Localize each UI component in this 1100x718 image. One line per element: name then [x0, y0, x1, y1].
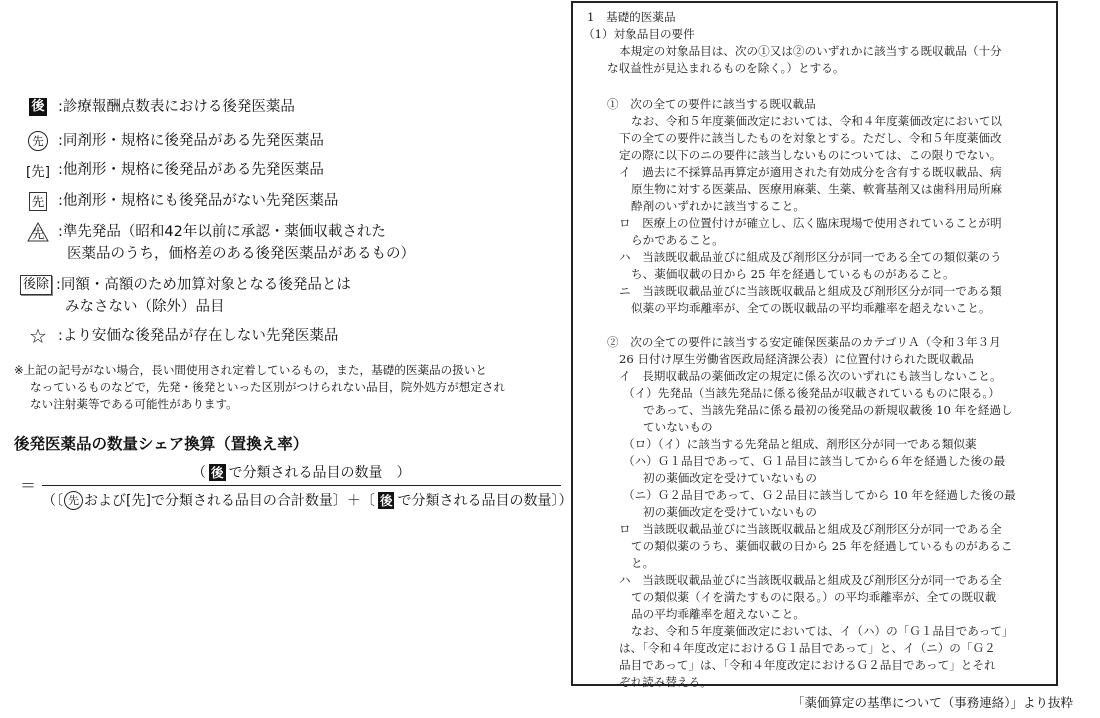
document-line: ② 次の全ての要件に該当する安定確保医薬品のカテゴリＡ（令和３年３月 — [607, 334, 1001, 351]
document-line: （ハ）Ｇ１品目であって、Ｇ１品目に該当してから６年を経過した後の最 — [623, 453, 1005, 470]
document-line: 下の全ての要件に該当したものを対象とする。ただし、令和５年度薬価改 — [619, 130, 1002, 147]
legend-item-quasi-brand: 先 :準先発品（昭和42年以前に承認・薬価収載された 医薬品のうち，価格差のある… — [18, 221, 415, 265]
document-line: （1）対象品目の要件 — [583, 26, 695, 43]
document-line: なお、令和５年度薬価改定においては、令和４年度薬価改定において以 — [631, 113, 1002, 130]
document-line: ① 次の全ての要件に該当する既収載品 — [607, 96, 816, 113]
document-line: と。 — [631, 555, 654, 572]
document-line: ち、薬価収載の日から 25 年を経過しているものがあること。 — [631, 266, 955, 283]
document-line: ニ 当該既収載品並びに当該既収載品と組成及び剤形区分が同一である類 — [619, 283, 1002, 300]
regulation-excerpt-box: 1 基礎的医薬品（1）対象品目の要件本規定の対象品目は、次の①又は②のいずれかに… — [571, 1, 1058, 686]
legend-item-generic: 後 :診療報酬点数表における後発医薬品 — [18, 96, 295, 118]
formula-denominator: （〔 先 および[先]で分類される品目の合計数量〕＋〔 後 で分類される品目の数… — [42, 490, 572, 510]
excluded-generic-box-icon: 後除 — [20, 275, 52, 295]
legend-text: :同額・高額のため加算対象となる後発品とは — [56, 274, 351, 296]
share-formula: ＝ （ 後 で分類される品目の数量 ） （〔 先 および[先]で分類される品目の… — [20, 459, 565, 511]
brand-circle-icon: 先 — [28, 131, 48, 151]
legend-text-continued: みなさない（除外）品目 — [56, 296, 351, 318]
legend-text: :より安価な後発品が存在しない先発医薬品 — [58, 325, 338, 347]
document-line: （ロ）（イ）に該当する先発品と組成、剤形区分が同一である類似薬 — [623, 436, 977, 453]
formula-numerator: （ 後 で分類される品目の数量 ） — [192, 462, 411, 482]
quasi-brand-triangle-icon: 先 — [27, 222, 49, 242]
star-icon: ☆ — [29, 326, 47, 346]
document-line: 酔剤のいずれかに該当すること。 — [631, 198, 805, 215]
document-line: は、「令和４年度改定におけるＧ１品目であって」と、イ（ニ）の「Ｇ２ — [619, 640, 996, 657]
document-line: （イ）先発品（当該先発品に係る後発品が収載されているものに限る。） — [623, 385, 1000, 402]
legend-text: :診療報酬点数表における後発医薬品 — [58, 96, 295, 118]
document-line: イ 過去に不採算品再算定が適用された有効成分を含有する既収載品、病 — [619, 164, 1002, 181]
document-line: なお、令和５年度薬価改定においては、イ（ハ）の「Ｇ１品目であって」 — [631, 623, 1013, 640]
document-line: ての類似薬のうち、薬価収載の日から 25 年を経過しているものがあるこ — [631, 538, 1013, 555]
document-line: 原生物に対する医薬品、医療用麻薬、生薬、軟膏基剤又は歯科用局所麻 — [631, 181, 1002, 198]
legend-text: :同剤形・規格に後発品がある先発医薬品 — [58, 130, 324, 152]
brand-box-icon: 先 — [29, 192, 48, 211]
source-caption: 「薬価算定の基準について（事務連絡）」より抜粋 — [792, 693, 1073, 711]
document-line: 似薬の平均乖離率が、全ての既収載品の平均乖離率を超えないこと。 — [631, 300, 990, 317]
legend-item-brand-no-generic: 先 :他剤形・規格にも後発品がない先発医薬品 — [18, 190, 338, 212]
legend-note: ※上記の記号がない場合，長い間使用され定着しているもの，また，基礎的医薬品の扱い… — [14, 362, 559, 413]
document-line: イ 長期収載品の薬価改定の規定に係る次のいずれにも該当しないこと。 — [619, 368, 1002, 385]
legend-text: :他剤形・規格にも後発品がない先発医薬品 — [58, 190, 338, 212]
legend-text-continued: 医薬品のうち，価格差のある後発医薬品があるもの） — [58, 243, 415, 265]
document-line: 本規定の対象品目は、次の①又は②のいずれかに該当する既収載品（十分 — [619, 43, 1002, 60]
document-line: 初の薬価改定を受けていないもの — [643, 470, 817, 487]
generic-drug-black-icon: 後 — [29, 98, 46, 116]
document-line: ロ 当該既収載品並びに当該既収載品と組成及び剤形区分が同一である全 — [619, 521, 1002, 538]
legend-text: :他剤形・規格に後発品がある先発医薬品 — [58, 159, 324, 181]
document-line: 品目であって」は、「令和４年度改定におけるＧ２品目であって」とそれ — [619, 657, 996, 674]
legend-item-star: ☆ :より安価な後発品が存在しない先発医薬品 — [18, 325, 338, 347]
document-line: な収益性が見込まれるものを除く。）とする。 — [607, 60, 844, 77]
document-line: ての類似薬（イを満たすものに限る。）の平均乖離率が、全ての既収載 — [631, 589, 996, 606]
document-line: 初の薬価改定を受けていないもの — [643, 504, 817, 521]
generic-drug-black-icon: 後 — [378, 492, 395, 509]
document-line: 定の際に以下のニの要件に該当しないものについては、この限りでない。 — [619, 147, 1001, 164]
formula-title: 後発医薬品の数量シェア換算（置換え率） — [14, 432, 308, 454]
brand-circle-icon: 先 — [64, 491, 83, 510]
equals-sign: ＝ — [20, 473, 36, 496]
document-line: ロ 医療上の位置付けが確立し、広く臨床現場で使用されていることが明 — [619, 215, 1002, 232]
document-line: ハ 当該既収載品並びに当該既収載品と組成及び剤形区分が同一である全 — [619, 572, 1002, 589]
legend-item-brand-other-form: [先] :他剤形・規格に後発品がある先発医薬品 — [18, 159, 324, 181]
legend-item-brand-same-form: 先 :同剤形・規格に後発品がある先発医薬品 — [18, 130, 324, 152]
brand-bracket-icon: [先] — [26, 160, 50, 180]
document-line: ていないもの — [643, 419, 713, 436]
document-line: （ニ）Ｇ２品目であって、Ｇ２品目に該当してから 10 年を経過した後の最 — [623, 487, 1016, 504]
document-line: であって、当該先発品に係る最初の後発品の新規収載後 10 年を経過し — [643, 402, 1013, 419]
document-line: 26 日付け厚生労働省医政局経済課公表）に位置付けられた既収載品 — [619, 351, 974, 368]
document-line: 1 基礎的医薬品 — [587, 9, 676, 26]
document-line: 品の平均乖離率を超えないこと。 — [631, 606, 805, 623]
legend-text: :準先発品（昭和42年以前に承認・薬価収載された — [58, 221, 415, 243]
generic-drug-black-icon: 後 — [209, 464, 226, 481]
legend-item-excluded: 後除 :同額・高額のため加算対象となる後発品とは みなさない（除外）品目 — [18, 274, 351, 318]
document-line: らかであること。 — [631, 232, 724, 249]
fraction-line — [42, 485, 561, 486]
document-line: ハ 当該既収載品並びに組成及び剤形区分が同一である全ての類似薬のう — [619, 249, 1002, 266]
document-line: ぞれ読み替える。 — [619, 674, 712, 691]
